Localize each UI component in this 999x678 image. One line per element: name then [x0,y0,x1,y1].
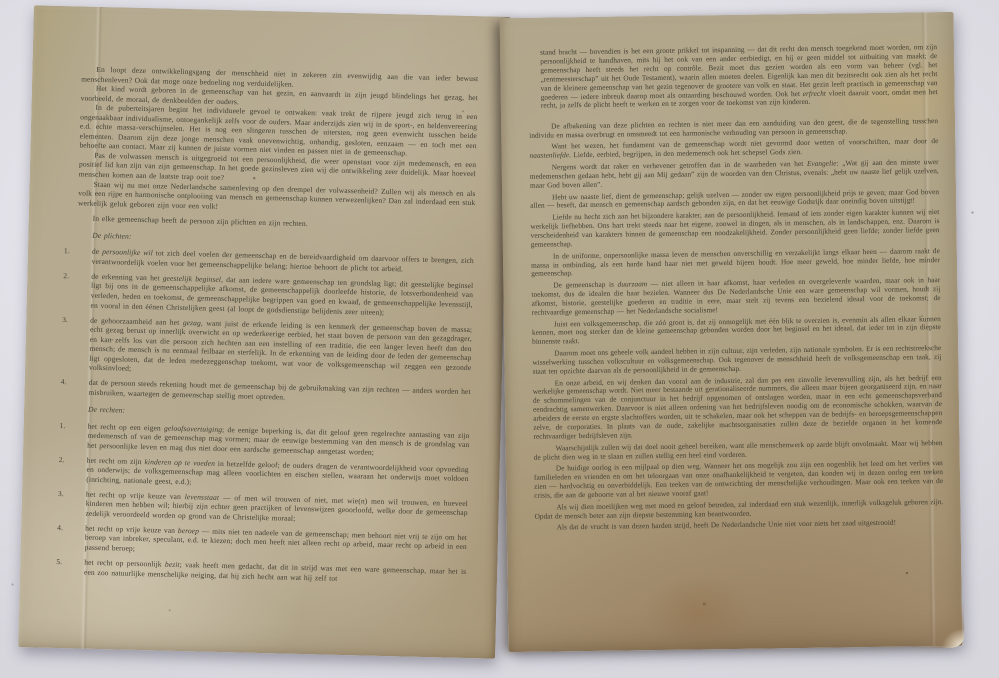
document-page-left: En loopt deze ontwikkelingsgang der mens… [18,5,511,658]
list-item-text: het recht op vrije keuze van levensstaat… [85,489,468,527]
paragraph: De gemeenschap is duurzaam — niet alleen… [531,276,940,317]
list-item-number: 1. [60,421,66,431]
list-item: 3. het recht op vrije keuze van levensst… [85,489,468,527]
paragraph: Juist een volksgemeenschap, die zóó groo… [532,315,941,347]
list-item-text: de gehoorzaamheid aan het gezag, want ju… [89,315,472,382]
list-item: 2. de erkenning van het geestelijk begin… [90,272,473,320]
list-item: 4. dat de persoon steeds rekening houdt … [88,378,470,406]
background-specks [0,0,1,1]
paragraph: In de uniforme, onpersoonlijke massa lev… [531,247,940,279]
list-item: 5. het recht op persoonlijk bezit; vaak … [84,558,466,586]
list-item-text: het recht op persoonlijk bezit; vaak hee… [84,558,466,586]
list-item-number: 3. [62,315,68,325]
list-item: 2. het recht om zijn kinderen op te voed… [86,455,469,493]
list-item-number: 3. [58,489,64,499]
desk-background: En loopt deze ontwikkelingsgang der mens… [0,0,999,678]
list-item-number: 2. [59,455,65,465]
paragraph: En onze arbeid, en wij denken dan vooral… [533,374,943,442]
list-item: 3. de gehoorzaamheid aan het gezag, want… [89,315,472,382]
paragraph: De huidige oorlog is een mijlpaal op die… [534,459,943,500]
corner-curl [906,598,965,649]
list-item-number: 2. [63,271,69,281]
document-page-right: stand bracht — bovendien is het een groo… [500,12,963,652]
list-item-text: het recht op vrije keuze van beroep — mi… [85,524,468,562]
list-item-number: 1. [64,246,70,256]
paragraph: Nergens wordt dat raker en verhevener ge… [530,158,939,190]
rights-heading: De rechten: [73,405,470,424]
left-page-text: En loopt deze ontwikkelingsgang der mens… [69,64,478,586]
list-item-text: de erkenning van het geestelijk beginsel… [90,272,473,320]
list-item: 4. het recht op vrije keuze van beroep —… [85,524,468,562]
list-item-text: het recht op een eigen geloofsovertuigin… [87,421,470,459]
list-item-number: 4. [61,377,67,387]
list-item-number: 4. [57,523,63,533]
paragraph: Daarom moet ons geheele volk aandeel heb… [532,344,941,376]
duties-heading: De plichten: [77,231,474,250]
right-page-text: stand bracht — bovendien is het een groo… [528,43,944,533]
paragraph: Liefde nu hecht zich aan het bijzondere … [530,208,939,249]
list-item-number: 5. [56,557,62,567]
list-item: 1. het recht op een eigen geloofsovertui… [87,421,470,459]
paper-specks [34,5,35,6]
list-item: 1. de persoonlijke wil tot zich deel voe… [92,247,474,275]
list-item-text: de persoonlijke wil tot zich deel voelen… [92,247,474,275]
paper-specks [500,18,501,19]
statement-line: In elke gemeenschap heeft de persoon zij… [78,213,475,232]
list-item-text: het recht om zijn kinderen op te voeden … [86,455,469,493]
continuation-paragraph: stand bracht — bovendien is het een groo… [540,43,938,111]
list-item-text: dat de persoon steeds rekening houdt met… [88,378,470,406]
paragraph: Als dat de vrucht is van dezen harden st… [535,518,944,533]
